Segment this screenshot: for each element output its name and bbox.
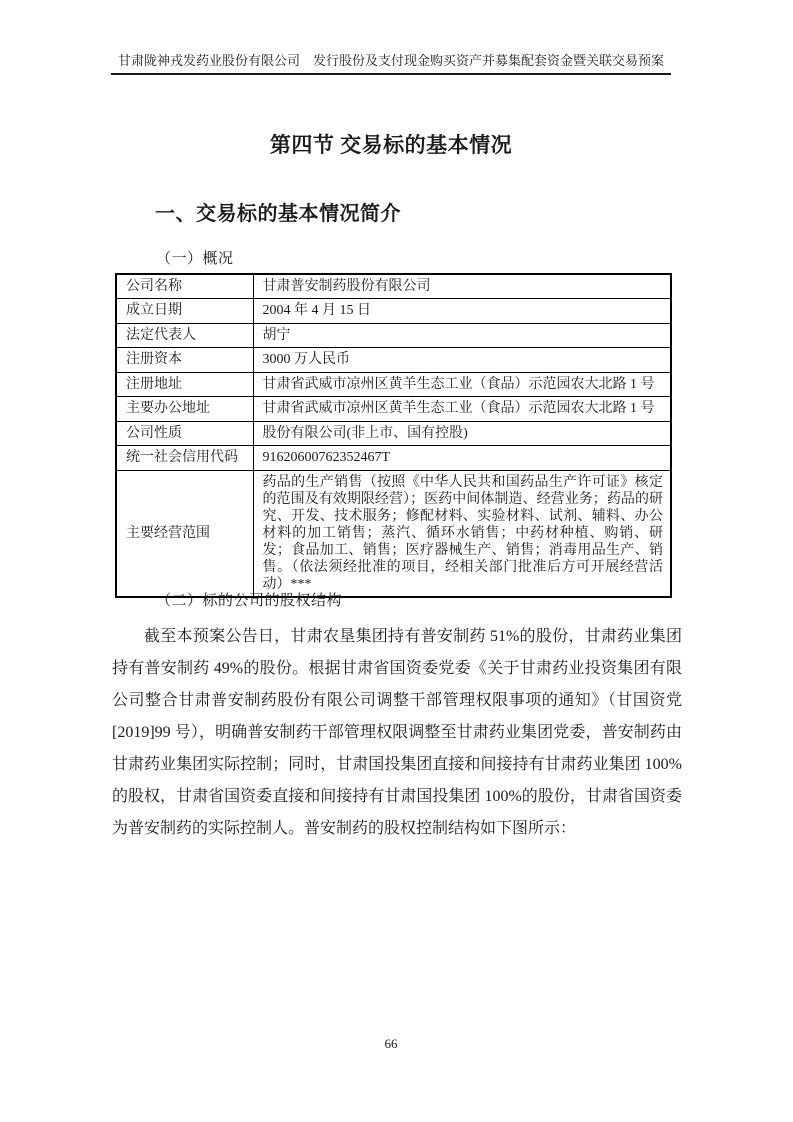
company-overview-table: 公司名称 甘肃普安制药股份有限公司 成立日期 2004 年 4 月 15 日 法… xyxy=(115,273,672,598)
equity-structure-paragraph: 截至本预案公告日，甘肃农垦集团持有普安制药 51%的股份，甘肃药业集团持有普安制… xyxy=(112,621,682,845)
table-row: 主要办公地址 甘肃省武威市凉州区黄羊生态工业（食品）示范园农大北路 1 号 xyxy=(116,397,671,422)
row-value: 药品的生产销售（按照《中华人民共和国药品生产许可证》核定的范围及有效期限经营）；… xyxy=(253,470,671,597)
row-label: 公司名称 xyxy=(116,274,253,299)
row-value: 甘肃普安制药股份有限公司 xyxy=(253,274,671,299)
row-value: 胡宁 xyxy=(253,323,671,348)
row-value: 甘肃省武威市凉州区黄羊生态工业（食品）示范园农大北路 1 号 xyxy=(253,397,671,422)
row-label: 统一社会信用代码 xyxy=(116,446,253,471)
page-number: 66 xyxy=(111,1036,671,1052)
row-value: 股份有限公司(非上市、国有控股) xyxy=(253,421,671,446)
row-label: 成立日期 xyxy=(116,299,253,324)
section-heading: 一、交易标的基本情况简介 xyxy=(155,197,401,226)
table-row: 成立日期 2004 年 4 月 15 日 xyxy=(116,299,671,324)
row-value: 甘肃省武威市凉州区黄羊生态工业（食品）示范园农大北路 1 号 xyxy=(253,372,671,397)
row-label: 注册地址 xyxy=(116,372,253,397)
subsection-heading-equity-structure: （二）标的公司的股权结构 xyxy=(156,589,342,610)
row-label: 公司性质 xyxy=(116,421,253,446)
table-row: 注册地址 甘肃省武威市凉州区黄羊生态工业（食品）示范园农大北路 1 号 xyxy=(116,372,671,397)
row-label: 主要办公地址 xyxy=(116,397,253,422)
table-row: 法定代表人 胡宁 xyxy=(116,323,671,348)
subsection-heading-overview: （一）概况 xyxy=(156,247,234,268)
row-value: 91620600762352467T xyxy=(253,446,671,471)
table-row: 主要经营范围 药品的生产销售（按照《中华人民共和国药品生产许可证》核定的范围及有… xyxy=(116,470,671,597)
row-value: 3000 万人民币 xyxy=(253,348,671,373)
row-label: 主要经营范围 xyxy=(116,470,253,597)
document-header: 甘肃陇神戎发药业股份有限公司 发行股份及支付现金购买资产并募集配套资金暨关联交易… xyxy=(111,53,671,75)
row-label: 法定代表人 xyxy=(116,323,253,348)
table-row: 公司性质 股份有限公司(非上市、国有控股) xyxy=(116,421,671,446)
row-label: 注册资本 xyxy=(116,348,253,373)
table-row: 公司名称 甘肃普安制药股份有限公司 xyxy=(116,274,671,299)
row-value: 2004 年 4 月 15 日 xyxy=(253,299,671,324)
document-page: 甘肃陇神戎发药业股份有限公司 发行股份及支付现金购买资产并募集配套资金暨关联交易… xyxy=(0,0,793,1122)
table-row: 注册资本 3000 万人民币 xyxy=(116,348,671,373)
page-title: 第四节 交易标的基本情况 xyxy=(111,129,671,159)
table-row: 统一社会信用代码 91620600762352467T xyxy=(116,446,671,471)
